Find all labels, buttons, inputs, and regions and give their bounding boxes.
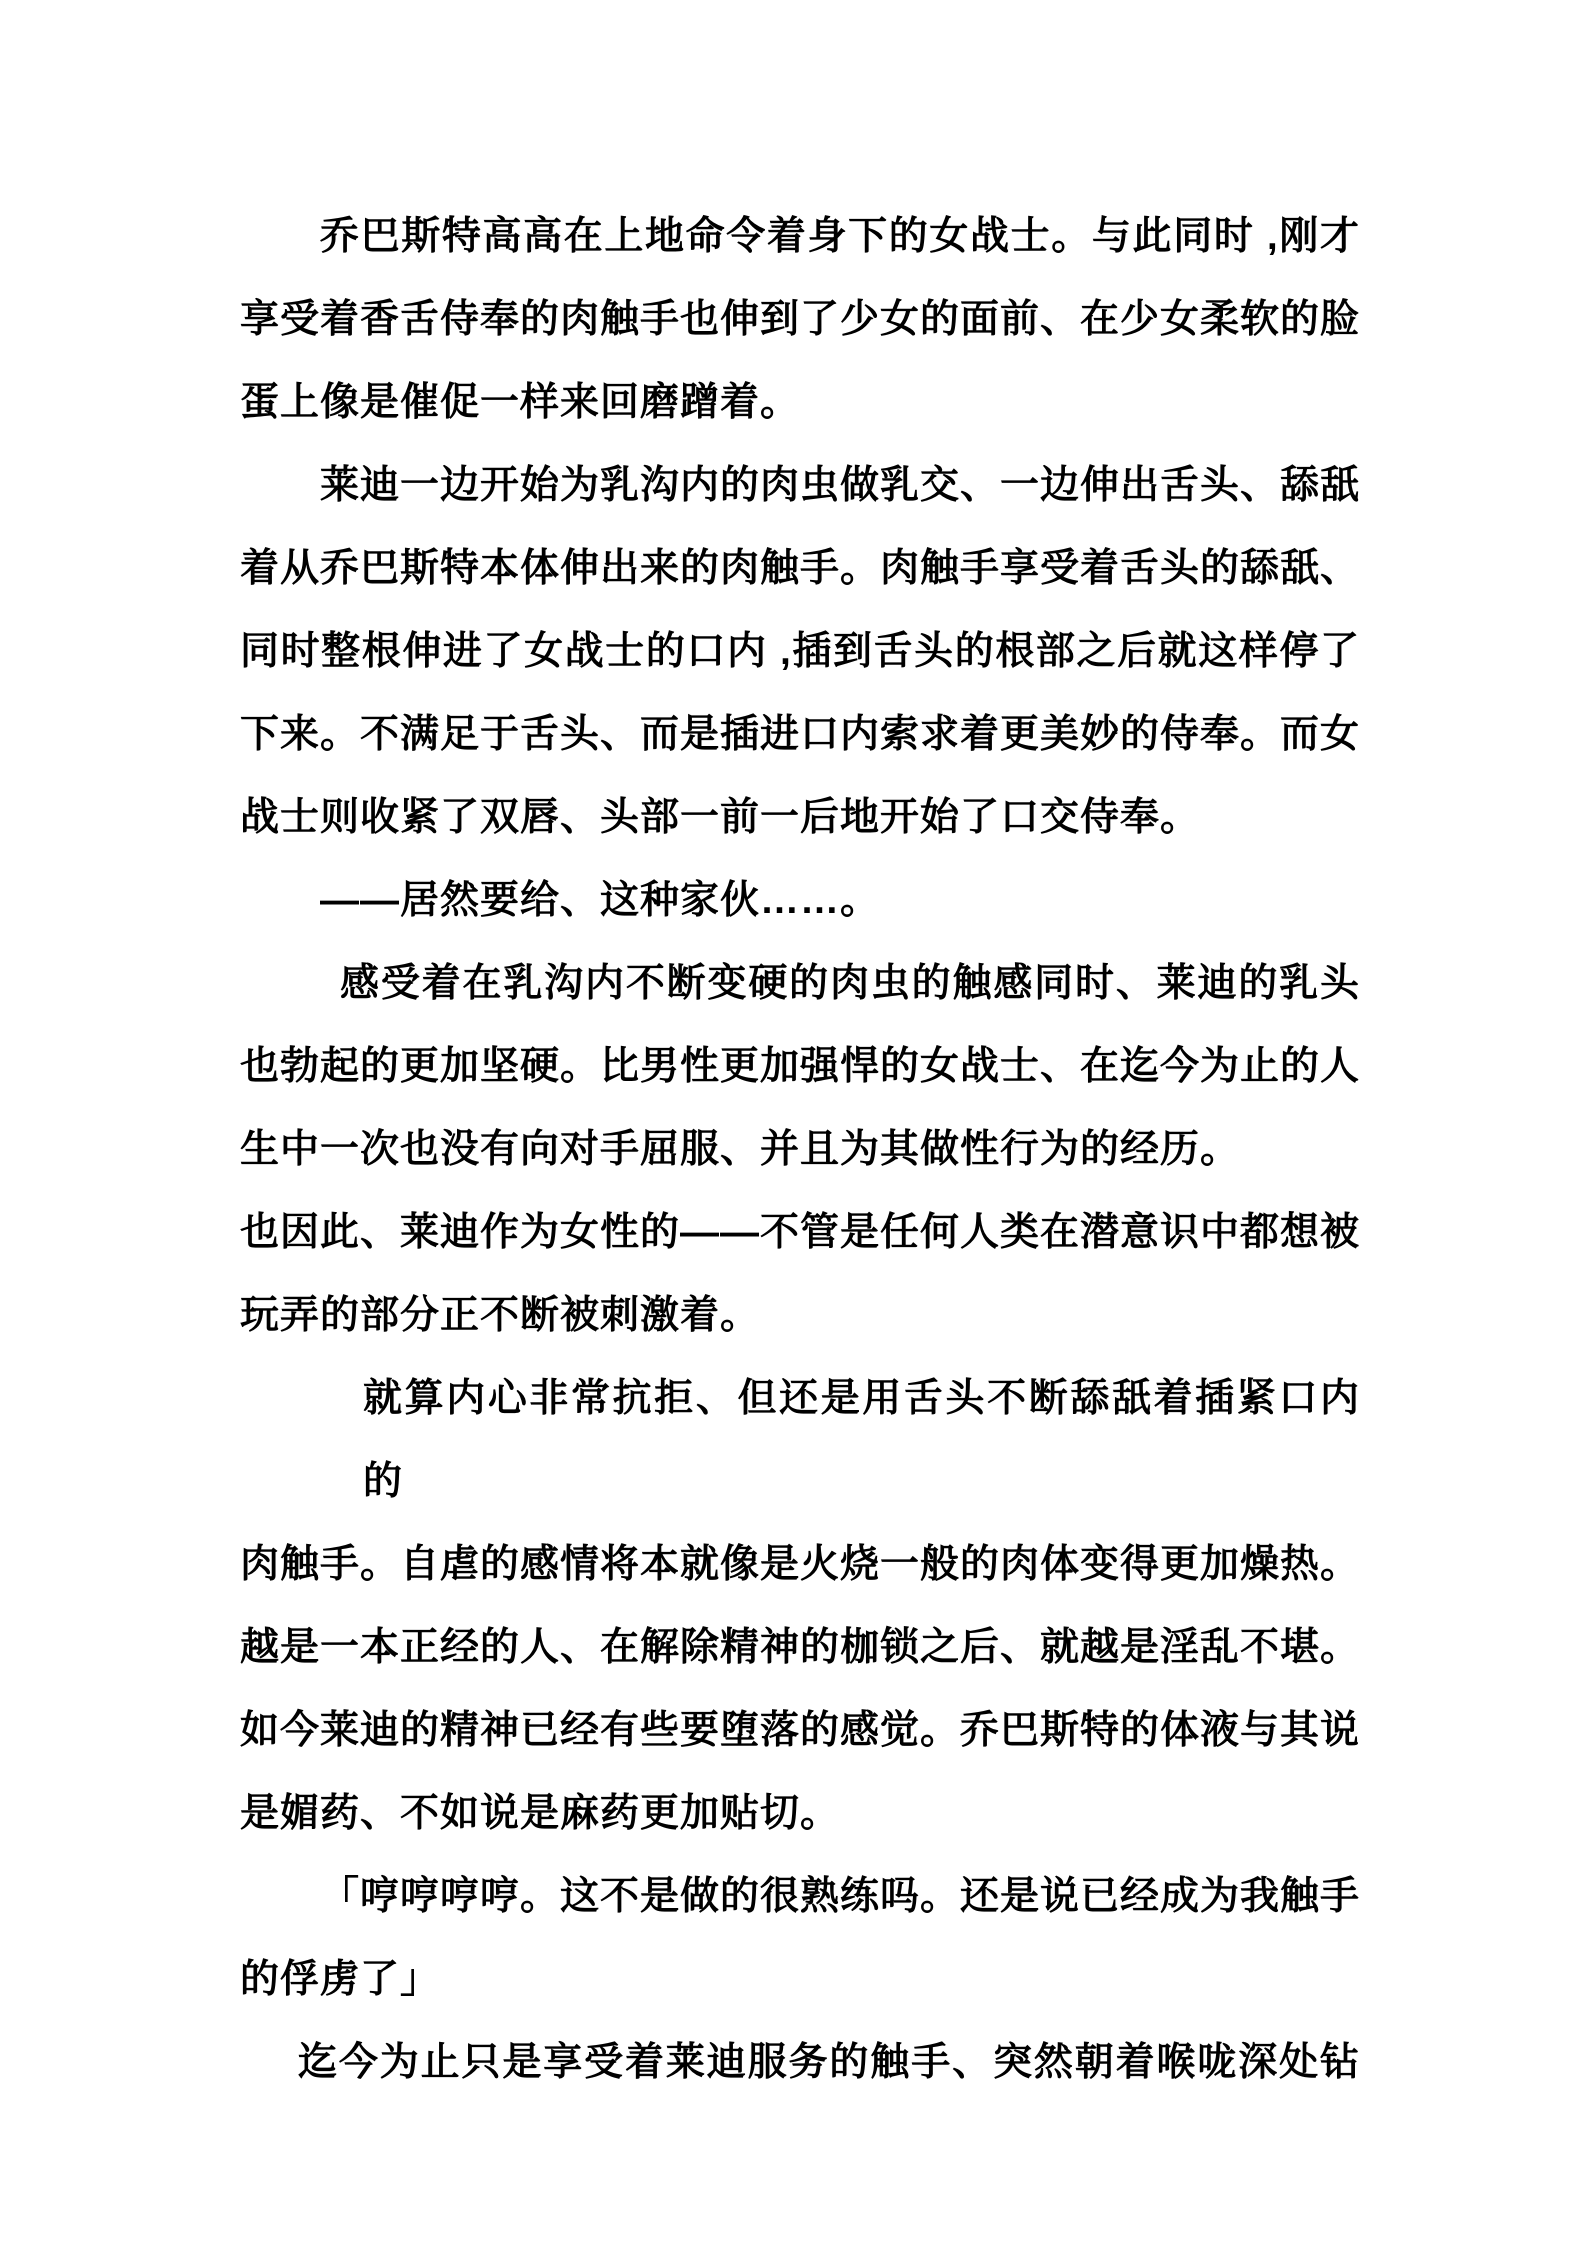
text-line: 战士则收紧了双唇、头部一前一后地开始了口交侍奉。 — [240, 776, 1360, 859]
text-line: 生中一次也没有向对手屈服、并且为其做性行为的经历。 — [240, 1108, 1360, 1191]
text-line: 乔巴斯特高高在上地命令着身下的女战士。与此同时 ,刚才 — [240, 195, 1360, 278]
text-line: 越是一本正经的人、在解除精神的枷锁之后、就越是淫乱不堪。 — [240, 1606, 1360, 1689]
text-line: 肉触手。自虐的感情将本就像是火烧一般的肉体变得更加燥热。 — [240, 1523, 1360, 1606]
text-line: 如今莱迪的精神已经有些要堕落的感觉。乔巴斯特的体液与其说 — [240, 1689, 1360, 1772]
text-line: 也勃起的更加坚硬。比男性更加强悍的女战士、在迄今为止的人 — [240, 1025, 1360, 1108]
text-line: 也因此、莱迪作为女性的——不管是任何人类在潜意识中都想被 — [240, 1191, 1360, 1274]
text-line: 着从乔巴斯特本体伸出来的肉触手。肉触手享受着舌头的舔舐、 — [240, 527, 1360, 610]
text-line: 下来。不满足于舌头、而是插进口内索求着更美妙的侍奉。而女 — [240, 693, 1360, 776]
text-line: ——居然要给、这种家伙……。 — [240, 859, 1360, 942]
text-line: 的俘虏了」 — [240, 1938, 1360, 2021]
text-line: 「哼哼哼哼。这不是做的很熟练吗。还是说已经成为我触手 — [240, 1855, 1360, 1938]
text-block: 乔巴斯特高高在上地命令着身下的女战士。与此同时 ,刚才享受着香舌侍奉的肉触手也伸… — [240, 195, 1360, 2104]
text-line: 迄今为止只是享受着莱迪服务的触手、突然朝着喉咙深处钻 — [240, 2021, 1360, 2104]
text-line: 是媚药、不如说是麻药更加贴切。 — [240, 1772, 1360, 1855]
text-line: 蛋上像是催促一样来回磨蹭着。 — [240, 361, 1360, 444]
text-line: 玩弄的部分正不断被刺激着。 — [240, 1274, 1360, 1357]
text-line: 享受着香舌侍奉的肉触手也伸到了少女的面前、在少女柔软的脸 — [240, 278, 1360, 361]
text-line: 感受着在乳沟内不断变硬的肉虫的触感同时、莱迪的乳头 — [240, 942, 1360, 1025]
text-line: 就算内心非常抗拒、但还是用舌头不断舔舐着插紧口内的 — [240, 1357, 1360, 1523]
text-line: 同时整根伸进了女战士的口内 ,插到舌头的根部之后就这样停了 — [240, 610, 1360, 693]
text-line: 莱迪一边开始为乳沟内的肉虫做乳交、一边伸出舌头、舔舐 — [240, 444, 1360, 527]
